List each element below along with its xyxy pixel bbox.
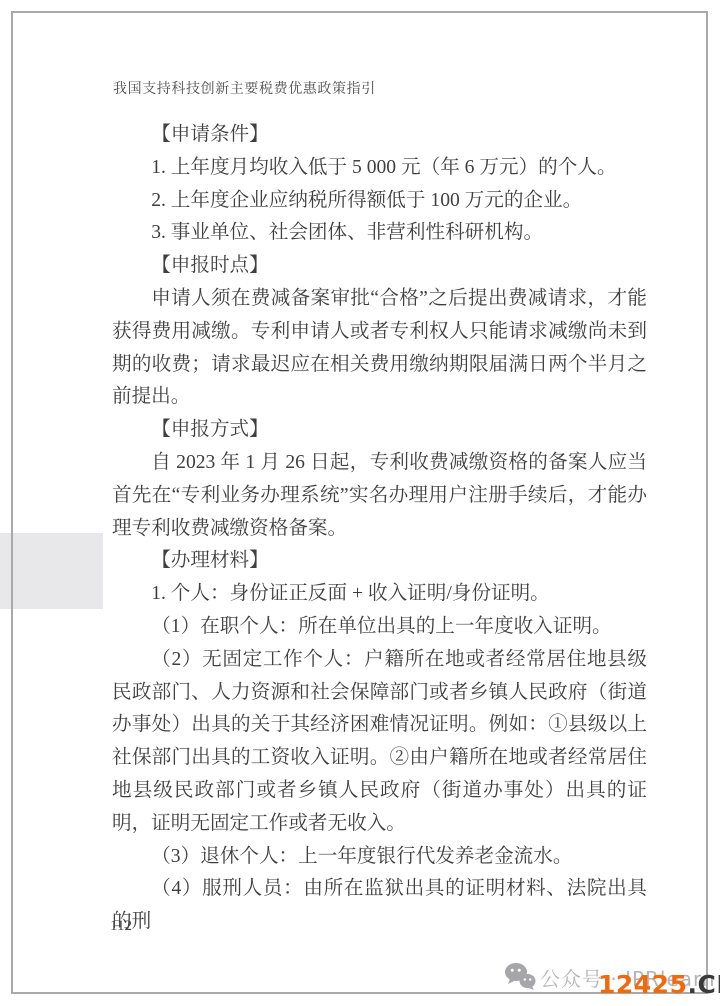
section-heading: 【申报时点】 (112, 250, 647, 283)
body-text-paragraph: （1）在职个人：所在单位出具的上一年度收入证明。 (112, 611, 647, 644)
section-heading: 【办理材料】 (112, 545, 647, 578)
running-header: 我国支持科技创新主要税费优惠政策指引 (113, 78, 376, 98)
body-text-paragraph: （3）退休个人：上一年度银行代发养老金流水。 (112, 841, 647, 874)
body-text-paragraph: （2）无固定工作个人：户籍所在地或者经常居住地县级民政部门、人力资源和社会保障部… (112, 644, 647, 841)
site-watermark: 12425.CN (598, 970, 720, 999)
body-text-paragraph: 3. 事业单位、社会团体、非营利性科研机构。 (112, 217, 647, 250)
section-heading: 【申报方式】 (112, 414, 647, 447)
page-number: 112 (110, 918, 132, 935)
watermark: 公众号 · IPRlearn 12425.CN (502, 958, 720, 1000)
site-watermark-number: 12425 (598, 970, 687, 999)
body-text-paragraph: 2. 上年度企业应纳税所得额低于 100 万元的企业。 (112, 185, 647, 218)
section-heading: 【申请条件】 (112, 119, 647, 152)
page-body: 【申请条件】1. 上年度月均收入低于 5 000 元（年 6 万元）的个人。2.… (112, 119, 647, 939)
body-text-paragraph: （4）服刑人员：由所在监狱出具的证明材料、法院出具的刑 (112, 873, 647, 939)
body-text-paragraph: 1. 个人：身份证正反面 + 收入证明/身份证明。 (112, 578, 647, 611)
wechat-icon (504, 962, 536, 990)
body-text-paragraph: 申请人须在费减备案审批“合格”之后提出费减请求，才能获得费用减缴。专利申请人或者… (112, 283, 647, 414)
site-watermark-tld: .CN (687, 970, 720, 999)
scan-artifact-tab (0, 533, 103, 609)
body-text-paragraph: 自 2023 年 1 月 26 日起，专利收费减缴资格的备案人应当首先在“专利业… (112, 447, 647, 545)
body-text-paragraph: 1. 上年度月均收入低于 5 000 元（年 6 万元）的个人。 (112, 152, 647, 185)
